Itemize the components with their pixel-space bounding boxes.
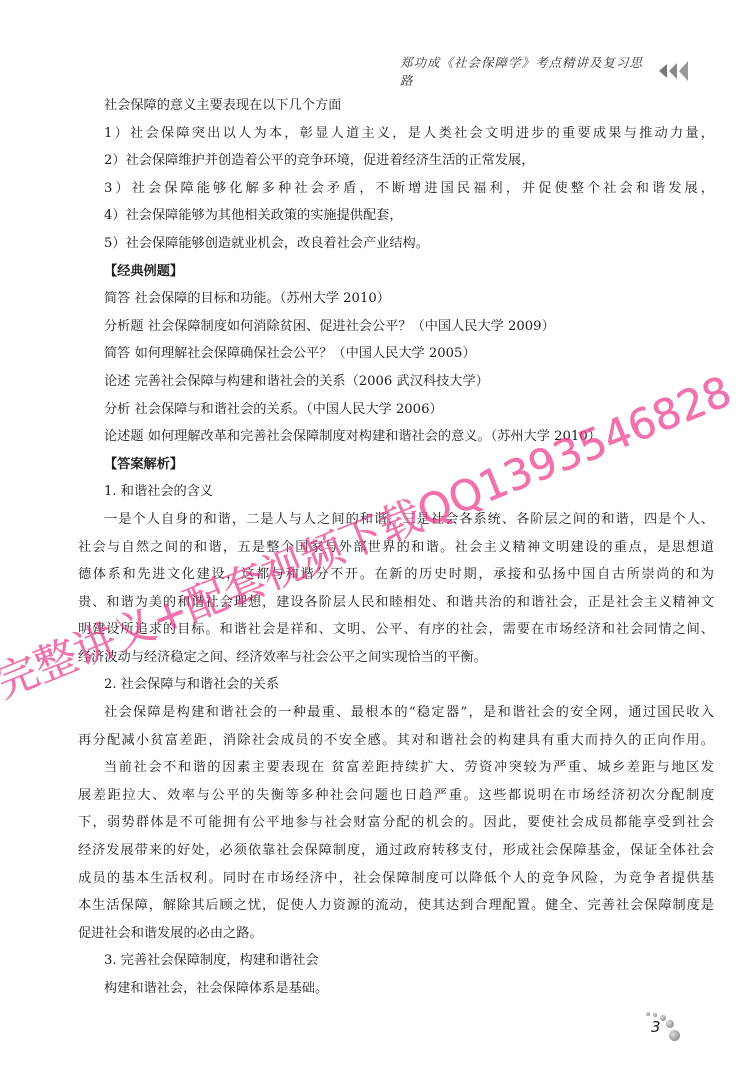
section-2-para2-line: 成员的基本生活权利。同时在市场经济中，社会保障制度可以降低个人的竞争风险，为竞争…: [78, 865, 714, 893]
section-1-line: 德体系和先进文化建设，这都与和谐分不开。在新的历史时期，承接和弘扬中国自古所崇尚…: [78, 561, 714, 589]
section-1-line: 贵、和谐为美的和谐社会理想，建设各阶层人民和睦相处、和谐共治的和谐社会，正是社会…: [78, 589, 714, 617]
section-2-para1-line: 社会保障是构建和谐社会的一种最重、最根本的“稳定器”，是和谐社会的安全网，通过国…: [78, 699, 714, 727]
page-number-badge: 3: [646, 1010, 696, 1040]
section-2-para2-line: 下，弱势群体是不可能拥有公平地参与社会财富分配的机会的。因此，要使社会成员都能享…: [78, 809, 714, 837]
section-3-title: 3. 完善社会保障制度，构建和谐社会: [78, 947, 714, 975]
example-4: 论述 完善社会保障与构建和谐社会的关系（2006 武汉科技大学）: [78, 368, 714, 396]
decorative-dot-icon: [669, 1030, 680, 1041]
example-3: 简答 如何理解社会保障确保社会公平？（中国人民大学 2005）: [78, 340, 714, 368]
example-6: 论述题 如何理解改革和完善社会保障制度对构建和谐社会的意义。（苏州大学 2010…: [78, 423, 714, 451]
section-2-para2-line: 展差距拉大、效率与公平的失衡等多种社会问题也日趋严重。这些都说明在市场经济初次分…: [78, 782, 714, 810]
section-1-line: 一是个人自身的和谐，二是人与人之间的和谐，三是社会各系统、各阶层之间的和谐，四是…: [78, 506, 714, 534]
decorative-dot-icon: [666, 1020, 674, 1028]
decorative-dot-icon: [646, 1012, 650, 1016]
decorative-dot-icon: [653, 1013, 657, 1017]
example-5: 分析 社会保障与和谐社会的关系。（中国人民大学 2006）: [78, 396, 714, 424]
point-4: 4）社会保障能够为其他相关政策的实施提供配套，: [78, 202, 714, 230]
section-3-line: 构建和谐社会，社会保障体系是基础。: [78, 975, 714, 1003]
intro-text: 社会保障的意义主要表现在以下几个方面: [78, 92, 714, 120]
examples-heading: 【经典例题】: [78, 258, 714, 286]
example-1: 简答 社会保障的目标和功能。（苏州大学 2010）: [78, 285, 714, 313]
section-1-line: 社会与自然之间的和谐，五是整个国家与外部世界的和谐。社会主义精神文明建设的重点，…: [78, 534, 714, 562]
point-2: 2）社会保障维护并创造着公平的竞争环境，促进着经济生活的正常发展，: [78, 147, 714, 175]
section-1-title: 1. 和谐社会的含义: [78, 478, 714, 506]
section-2-para1-line: 再分配减小贫富差距，消除社会成员的不安全感。其对和谐社会的构建具有重大而持久的正…: [78, 727, 714, 755]
answer-heading: 【答案解析】: [78, 451, 714, 479]
section-1-line: 明建设所追求的目标。和谐社会是祥和、文明、公平、有序的社会，需要在市场经济和社会…: [78, 616, 714, 644]
section-2-para2-line: 本生活保障，解除其后顾之忧，促使人力资源的流动，使其达到合理配置。健全、完善社会…: [78, 892, 714, 920]
point-1: 1）社会保障突出以人为本，彰显人道主义，是人类社会文明进步的重要成果与推动力量，: [78, 120, 714, 148]
page-body: 社会保障的意义主要表现在以下几个方面 1）社会保障突出以人为本，彰显人道主义，是…: [78, 92, 714, 1003]
page-number: 3: [651, 1018, 661, 1036]
header-title: 郑功成《社会保障学》考点精讲及复习思路: [400, 53, 645, 89]
triple-left-arrow-icon: [659, 61, 690, 81]
section-2-para2-line: 经济发展带来的好处，必须依靠社会保障制度，通过政府转移支付，形成社会保障基金，保…: [78, 837, 714, 865]
point-3: 3）社会保障能够化解多种社会矛盾，不断增进国民福利，并促使整个社会和谐发展，: [78, 175, 714, 203]
section-2-title: 2. 社会保障与和谐社会的关系: [78, 671, 714, 699]
section-2-para2-line: 促进社会和谐发展的必由之路。: [78, 920, 714, 948]
example-2: 分析题 社会保障制度如何消除贫困、促进社会公平？（中国人民大学 2009）: [78, 313, 714, 341]
point-5: 5）社会保障能够创造就业机会，改良着社会产业结构。: [78, 230, 714, 258]
section-1-line: 经济波动与经济稳定之间、经济效率与社会公平之间实现恰当的平衡。: [78, 644, 714, 672]
section-2-para2-line: 当前社会不和谐的因素主要表现在 贫富差距持续扩大、劳资冲突较为严重、城乡差距与地…: [78, 754, 714, 782]
running-header: 郑功成《社会保障学》考点精讲及复习思路: [400, 60, 690, 82]
decorative-dot-icon: [660, 1015, 666, 1021]
